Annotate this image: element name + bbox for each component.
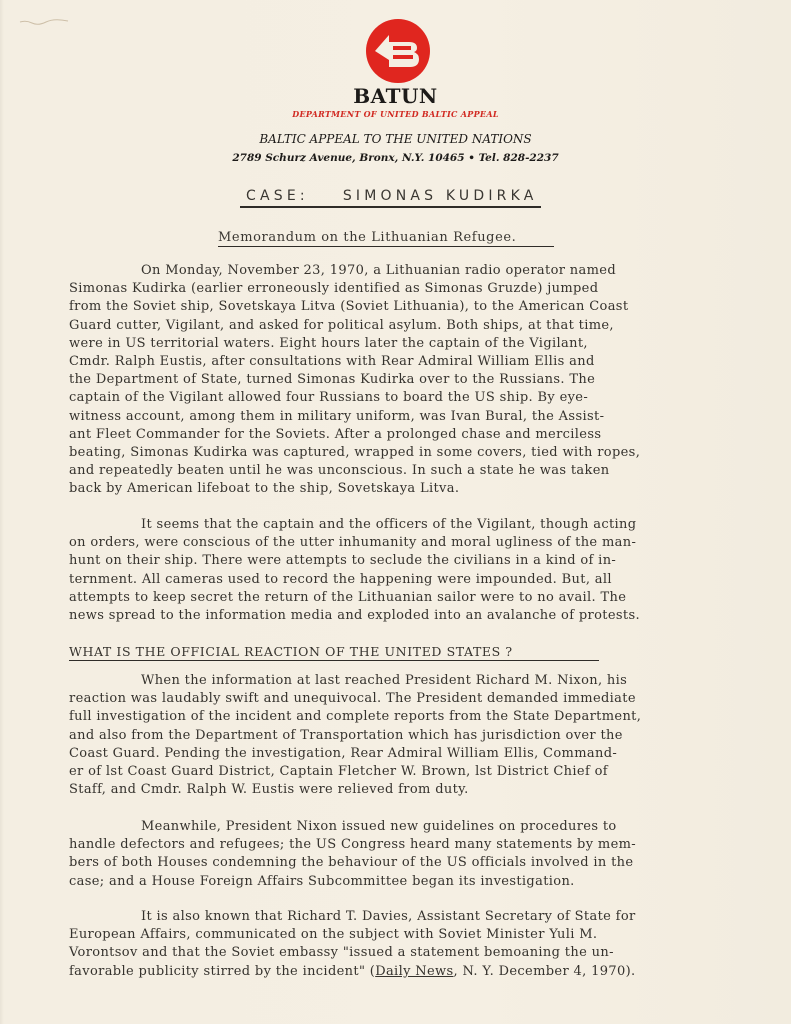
text-line: the Department of State, turned Simonas …	[69, 371, 719, 389]
text-line: full investigation of the incident and c…	[69, 708, 719, 726]
text-line: On Monday, November 23, 1970, a Lithuani…	[69, 262, 719, 280]
text-line: ternment. All cameras used to record the…	[69, 571, 719, 589]
section-heading: WHAT IS THE OFFICIAL REACTION OF THE UNI…	[69, 644, 599, 661]
text-line: attempts to keep secret the return of th…	[69, 589, 719, 607]
paragraph-1: On Monday, November 23, 1970, a Lithuani…	[69, 262, 719, 499]
text-line: Guard cutter, Vigilant, and asked for po…	[69, 317, 719, 335]
case-label: CASE:	[246, 188, 309, 204]
text-line: case; and a House Foreign Affairs Subcom…	[69, 873, 719, 891]
text-fragment: favorable publicity stirred by the incid…	[69, 964, 375, 979]
text-line: Coast Guard. Pending the investigation, …	[69, 745, 719, 763]
text-line: Cmdr. Ralph Eustis, after consultations …	[69, 353, 719, 371]
text-line: It is also known that Richard T. Davies,…	[69, 908, 719, 926]
text-line: er of lst Coast Guard District, Captain …	[69, 763, 719, 781]
paragraph-5: It is also known that Richard T. Davies,…	[69, 908, 719, 981]
text-line: hunt on their ship. There were attempts …	[69, 552, 719, 570]
case-title: CASE:SIMONAS KUDIRKA	[240, 188, 541, 208]
text-line: on orders, were conscious of the utter i…	[69, 534, 719, 552]
text-line: reaction was laudably swift and unequivo…	[69, 690, 719, 708]
text-line: Vorontsov and that the Soviet embassy "i…	[69, 944, 719, 962]
text-line: beating, Simonas Kudirka was captured, w…	[69, 444, 719, 462]
text-line: back by American lifeboat to the ship, S…	[69, 480, 719, 498]
text-line: Staff, and Cmdr. Ralph W. Eustis were re…	[69, 781, 719, 799]
text-line: It seems that the captain and the office…	[69, 516, 719, 534]
paragraph-2: It seems that the captain and the office…	[69, 516, 719, 625]
text-line: captain of the Vigilant allowed four Rus…	[69, 389, 719, 407]
text-line: and repeatedly beaten until he was uncon…	[69, 462, 719, 480]
document-page: BATUN DEPARTMENT OF UNITED BALTIC APPEAL…	[0, 0, 791, 1024]
citation-source: Daily News	[375, 964, 453, 979]
case-name: SIMONAS KUDIRKA	[343, 188, 538, 204]
paragraph-3: When the information at last reached Pre…	[69, 672, 719, 799]
organization-name: BALTIC APPEAL TO THE UNITED NATIONS	[0, 132, 791, 146]
text-line: and also from the Department of Transpor…	[69, 727, 719, 745]
text-line: handle defectors and refugees; the US Co…	[69, 836, 719, 854]
text-line: When the information at last reached Pre…	[69, 672, 719, 690]
brand-name: BATUN	[0, 84, 791, 108]
text-line: Simonas Kudirka (earlier erroneously ide…	[69, 280, 719, 298]
text-line: European Affairs, communicated on the su…	[69, 926, 719, 944]
text-line: bers of both Houses condemning the behav…	[69, 854, 719, 872]
text-line: favorable publicity stirred by the incid…	[69, 963, 719, 981]
text-fragment: , N. Y. December 4, 1970).	[454, 964, 636, 979]
department-name: DEPARTMENT OF UNITED BALTIC APPEAL	[0, 109, 791, 119]
paragraph-4: Meanwhile, President Nixon issued new gu…	[69, 818, 719, 891]
batun-logo-icon	[365, 18, 431, 84]
text-line: from the Soviet ship, Sovetskaya Litva (…	[69, 298, 719, 316]
memo-subtitle: Memorandum on the Lithuanian Refugee.	[218, 230, 554, 247]
text-line: witness account, among them in military …	[69, 408, 719, 426]
text-line: ant Fleet Commander for the Soviets. Aft…	[69, 426, 719, 444]
pencil-mark	[18, 18, 70, 26]
text-line: news spread to the information media and…	[69, 607, 719, 625]
text-line: Meanwhile, President Nixon issued new gu…	[69, 818, 719, 836]
organization-address: 2789 Schurz Avenue, Bronx, N.Y. 10465 • …	[0, 152, 791, 164]
text-line: were in US territorial waters. Eight hou…	[69, 335, 719, 353]
